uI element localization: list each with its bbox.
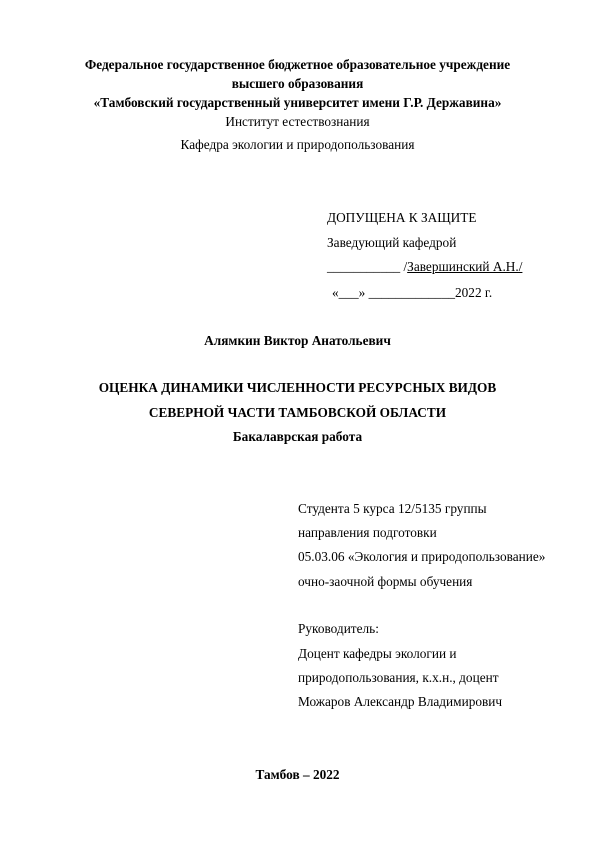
organization-line-2: высшего образования — [0, 76, 595, 92]
organization-line-1: Федеральное государственное бюджетное об… — [0, 57, 595, 73]
approval-date: «___» _____________2022 г. — [332, 285, 492, 301]
thesis-title-line-2: СЕВЕРНОЙ ЧАСТИ ТАМБОВСКОЙ ОБЛАСТИ — [0, 405, 595, 421]
department-name: Кафедра экологии и природопользования — [0, 137, 595, 153]
date-blank: «___» _____________ — [332, 285, 455, 300]
date-year: 2022 г. — [455, 285, 492, 300]
head-of-department-name: Завершинский А.Н./ — [407, 259, 522, 274]
university-name: «Тамбовский государственный университет … — [0, 95, 595, 111]
city-year: Тамбов – 2022 — [0, 767, 595, 783]
student-info-line: 05.03.06 «Экология и природопользование» — [298, 549, 545, 565]
author-name: Алямкин Виктор Анатольевич — [0, 333, 595, 349]
student-info-line: очно-заочной формы обучения — [298, 574, 472, 590]
supervisor-label: Руководитель: — [298, 621, 379, 637]
student-info-line: направления подготовки — [298, 525, 437, 541]
institute-name: Институт естествознания — [0, 114, 595, 130]
work-type: Бакалаврская работа — [0, 429, 595, 445]
approval-title: ДОПУЩЕНА К ЗАЩИТЕ — [327, 210, 476, 226]
thesis-title-line-1: ОЦЕНКА ДИНАМИКИ ЧИСЛЕННОСТИ РЕСУРСНЫХ ВИ… — [0, 380, 595, 396]
supervisor-line: Доцент кафедры экологии и — [298, 646, 457, 662]
supervisor-name: Можаров Александр Владимирович — [298, 694, 502, 710]
approval-role: Заведующий кафедрой — [327, 235, 456, 251]
approval-signature: ___________ /Завершинский А.Н./ — [327, 259, 522, 275]
signature-blank: ___________ / — [327, 259, 407, 274]
supervisor-line: природопользования, к.х.н., доцент — [298, 670, 499, 686]
student-info-line: Студента 5 курса 12/5135 группы — [298, 501, 487, 517]
